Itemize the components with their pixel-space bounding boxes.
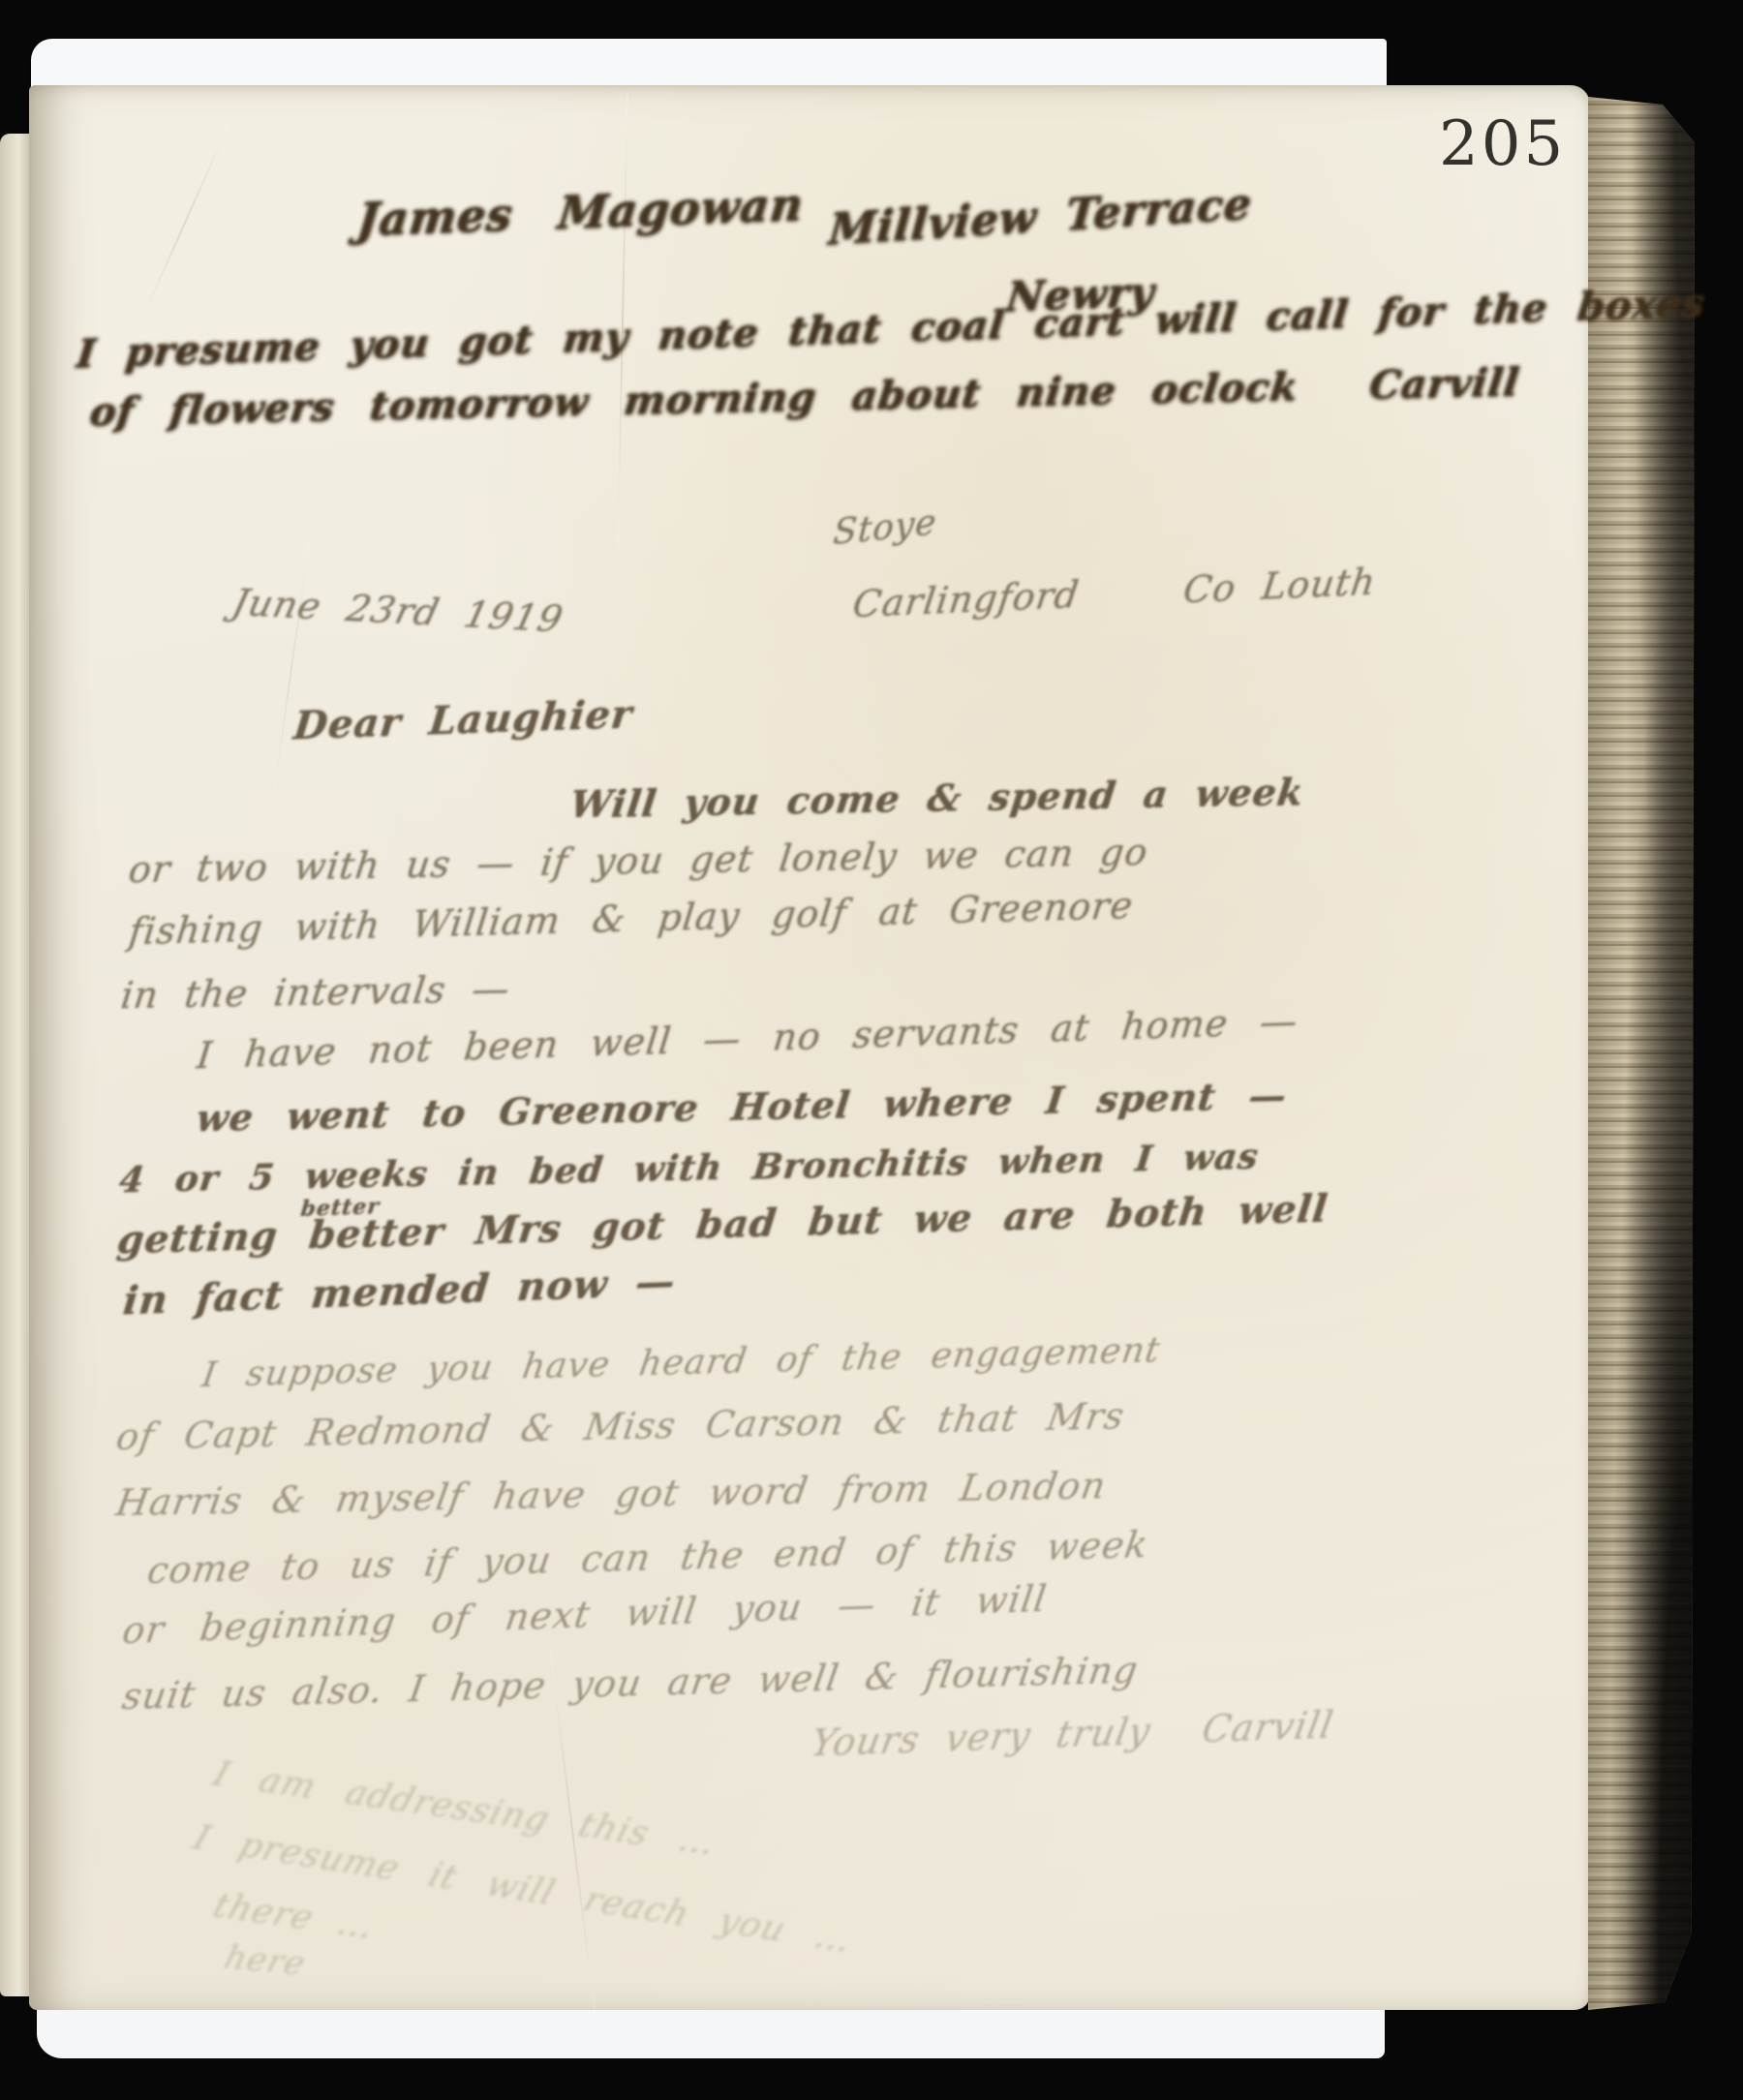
letter-postscript-line: here — [220, 1938, 310, 1983]
letter-body-line: in the intervals — — [119, 967, 513, 1017]
previous-page-edge — [0, 134, 33, 1996]
backing-sheet-bottom — [37, 2002, 1385, 2058]
book-fore-edge — [1588, 97, 1695, 2010]
photograph-of-letterbook-page: 205 James Magowan Millview Terrace Newry… — [0, 0, 1743, 2100]
page-number: 205 — [1439, 108, 1566, 180]
